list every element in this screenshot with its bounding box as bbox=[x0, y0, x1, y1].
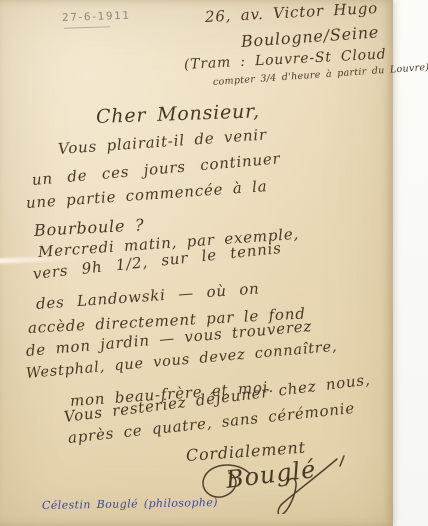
attribution-note: Célestin Bouglé (philosophe) bbox=[42, 496, 218, 512]
letter-paper: 27-6-1911 26, av. Victor Hugo Boulogne/S… bbox=[0, 0, 393, 526]
address-line: 26, av. Victor Hugo bbox=[205, 0, 379, 26]
pencil-date-annotation: 27-6-1911 bbox=[62, 10, 131, 24]
pencil-date-underline bbox=[64, 26, 110, 29]
scan-background: 27-6-1911 26, av. Victor Hugo Boulogne/S… bbox=[0, 0, 428, 526]
address-line: Boulogne/Seine bbox=[240, 22, 379, 51]
salutation: Cher Monsieur, bbox=[96, 100, 260, 128]
